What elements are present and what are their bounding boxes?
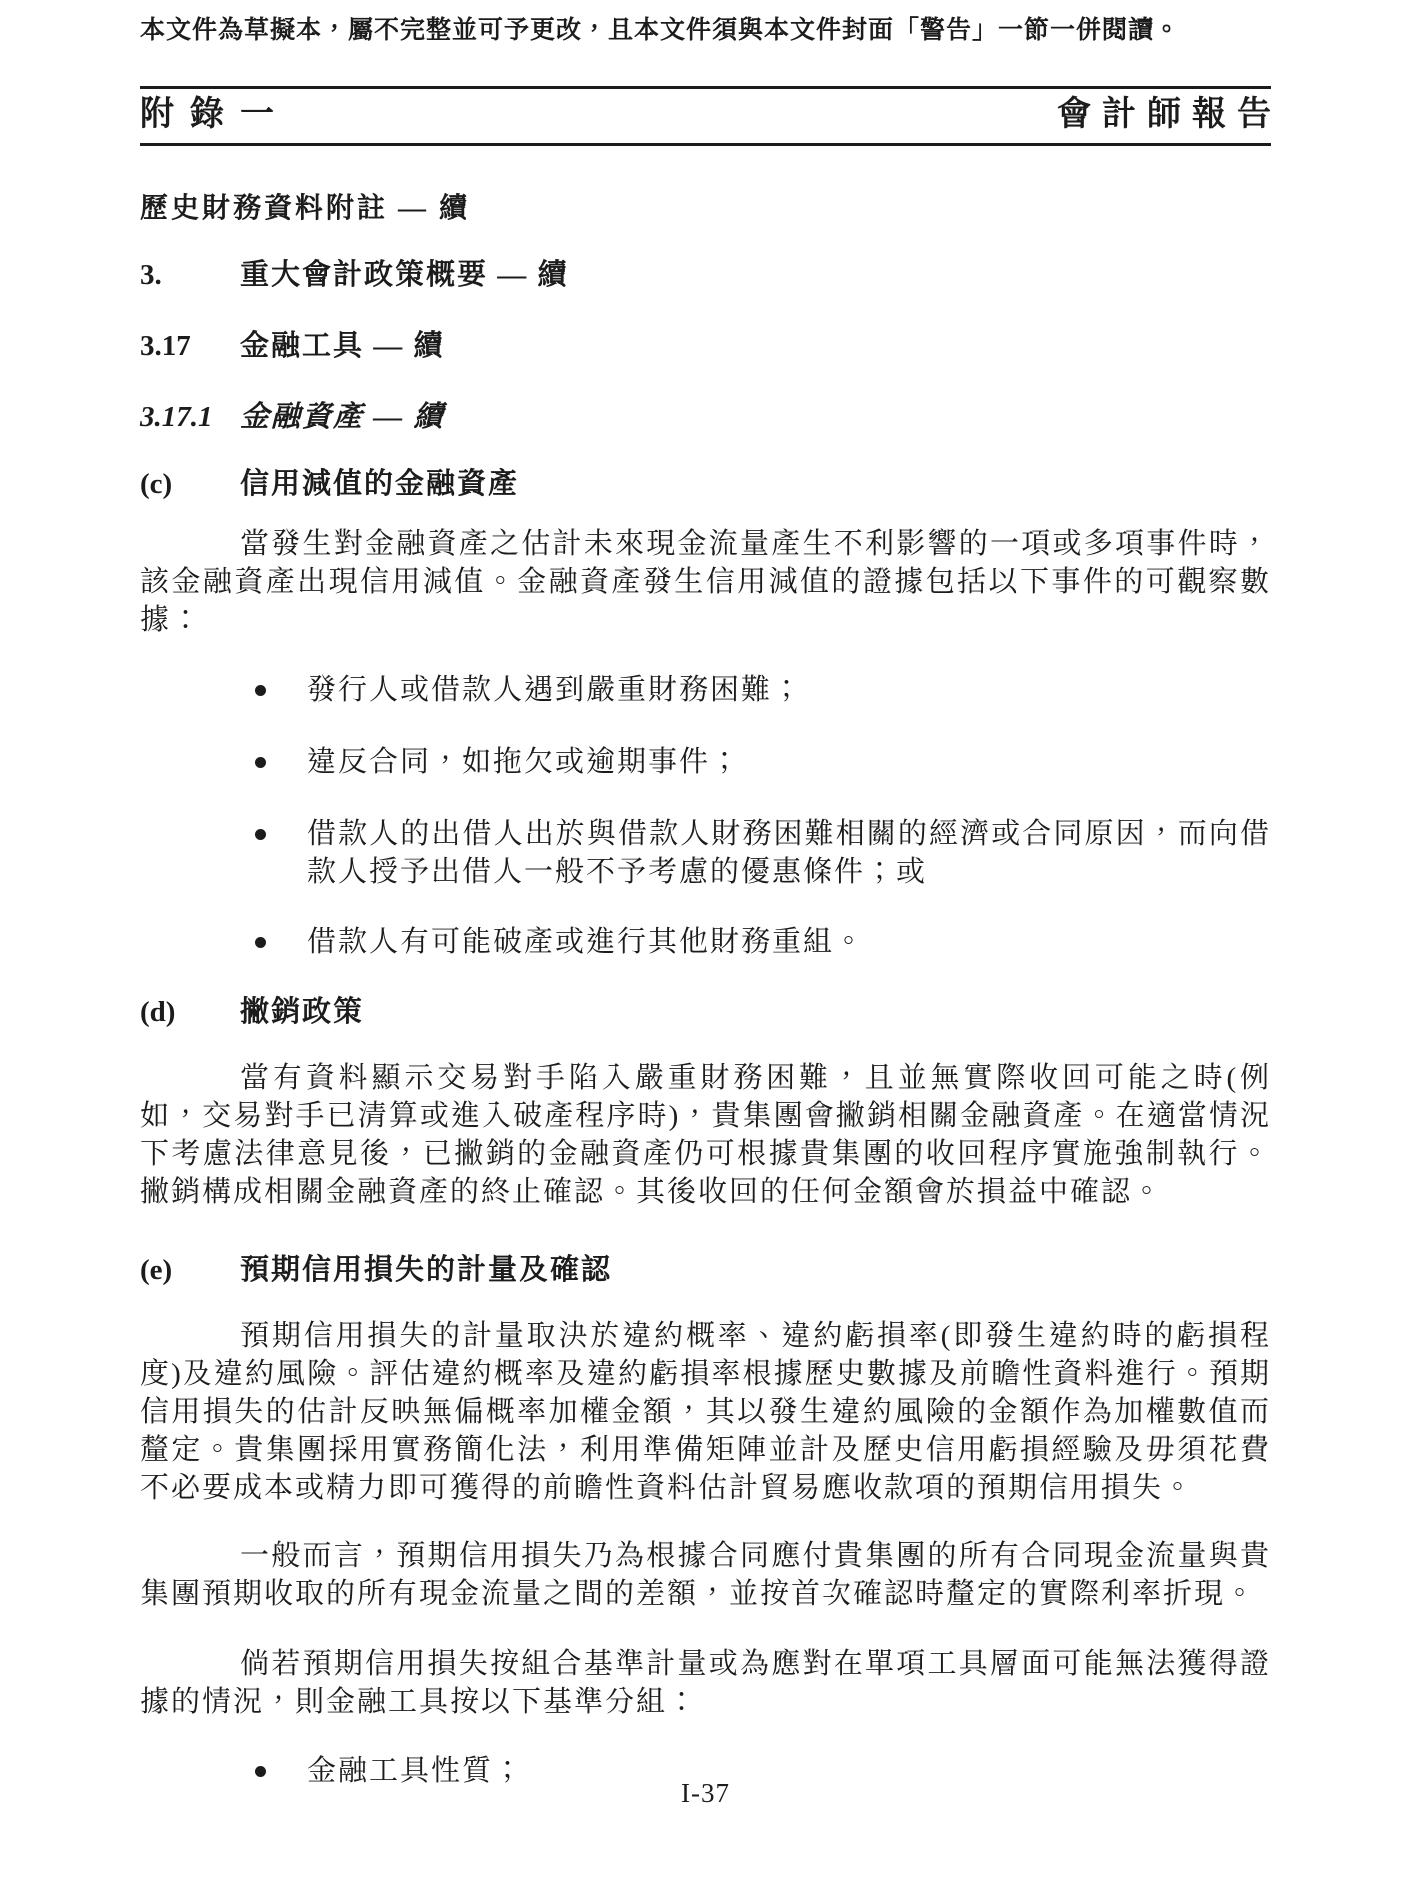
paragraph-e-2: 一般而言，預期信用損失乃為根據合同應付貴集團的所有合同現金流量與貴集團預期收取的…	[140, 1537, 1271, 1613]
paragraph-e-1: 預期信用損失的計量取決於違約概率、違約虧損率(即發生違約時的虧損程度)及違約風險…	[140, 1317, 1271, 1507]
bullet-text: 借款人有可能破產或進行其他財務重組。	[307, 923, 865, 961]
heading-3-17-1-number: 3.17.1	[140, 398, 240, 436]
bullet-item: 違反合同，如拖欠或逾期事件；	[140, 743, 1271, 781]
bullet-item: 借款人的出借人出於與借款人財務困難相關的經濟或合同原因，而向借款人授予出借人一般…	[140, 815, 1271, 891]
heading-3-17-1: 3.17.1 金融資產 — 續	[140, 398, 1271, 436]
bullet-text: 發行人或借款人遇到嚴重財務困難；	[307, 671, 803, 709]
heading-3-17: 3.17 金融工具 — 續	[140, 327, 1271, 365]
heading-3-text: 重大會計政策概要 — 續	[240, 256, 569, 294]
bullet-item: 借款人有可能破產或進行其他財務重組。	[140, 923, 1271, 961]
heading-3-17-text: 金融工具 — 續	[240, 327, 445, 365]
subsection-d-label: (d)	[140, 993, 240, 1031]
subsection-e-title: 預期信用損失的計量及確認	[240, 1251, 612, 1289]
subsection-d-heading: (d) 撇銷政策	[140, 993, 1271, 1031]
bullet-icon	[255, 671, 307, 709]
heading-3: 3. 重大會計政策概要 — 續	[140, 256, 1271, 294]
page-number: I-37	[0, 1778, 1411, 1809]
subsection-c-title: 信用減值的金融資產	[240, 465, 519, 503]
subsection-d-title: 撇銷政策	[240, 993, 364, 1031]
bullet-icon	[255, 815, 307, 891]
bullet-icon	[255, 923, 307, 961]
paragraph-e-3: 倘若預期信用損失按組合基準計量或為應對在單項工具層面可能無法獲得證據的情況，則金…	[140, 1645, 1271, 1721]
bullet-item: 發行人或借款人遇到嚴重財務困難；	[140, 671, 1271, 709]
document-page: 本文件為草擬本，屬不完整並可予更改，且本文件須與本文件封面「警告」一節一併閱讀。…	[0, 0, 1411, 1881]
draft-disclaimer: 本文件為草擬本，屬不完整並可予更改，且本文件須與本文件封面「警告」一節一併閱讀。	[140, 16, 1271, 46]
notes-title: 歷史財務資料附註 — 續	[140, 190, 1271, 228]
subsection-e-heading: (e) 預期信用損失的計量及確認	[140, 1251, 1271, 1289]
bullet-text: 借款人的出借人出於與借款人財務困難相關的經濟或合同原因，而向借款人授予出借人一般…	[307, 815, 1271, 891]
bullet-icon	[255, 743, 307, 781]
subsection-c-heading: (c) 信用減值的金融資產	[140, 465, 1271, 503]
heading-3-17-1-text: 金融資產 — 續	[240, 398, 445, 436]
subsection-e-label: (e)	[140, 1251, 240, 1289]
paragraph-d-1: 當有資料顯示交易對手陷入嚴重財務困難，且並無實際收回可能之時(例如，交易對手已清…	[140, 1059, 1271, 1211]
header-bottom-rule	[140, 143, 1271, 146]
appendix-label: 附錄一	[140, 94, 290, 136]
report-label: 會計師報告	[1057, 94, 1282, 136]
paragraph-c-1: 當發生對金融資產之估計未來現金流量產生不利影響的一項或多項事件時，該金融資產出現…	[140, 525, 1271, 639]
page-header: 附錄一 會計師報告	[140, 89, 1271, 143]
heading-3-number: 3.	[140, 256, 240, 294]
bullet-text: 違反合同，如拖欠或逾期事件；	[307, 743, 741, 781]
subsection-c-label: (c)	[140, 465, 240, 503]
heading-3-17-number: 3.17	[140, 327, 240, 365]
